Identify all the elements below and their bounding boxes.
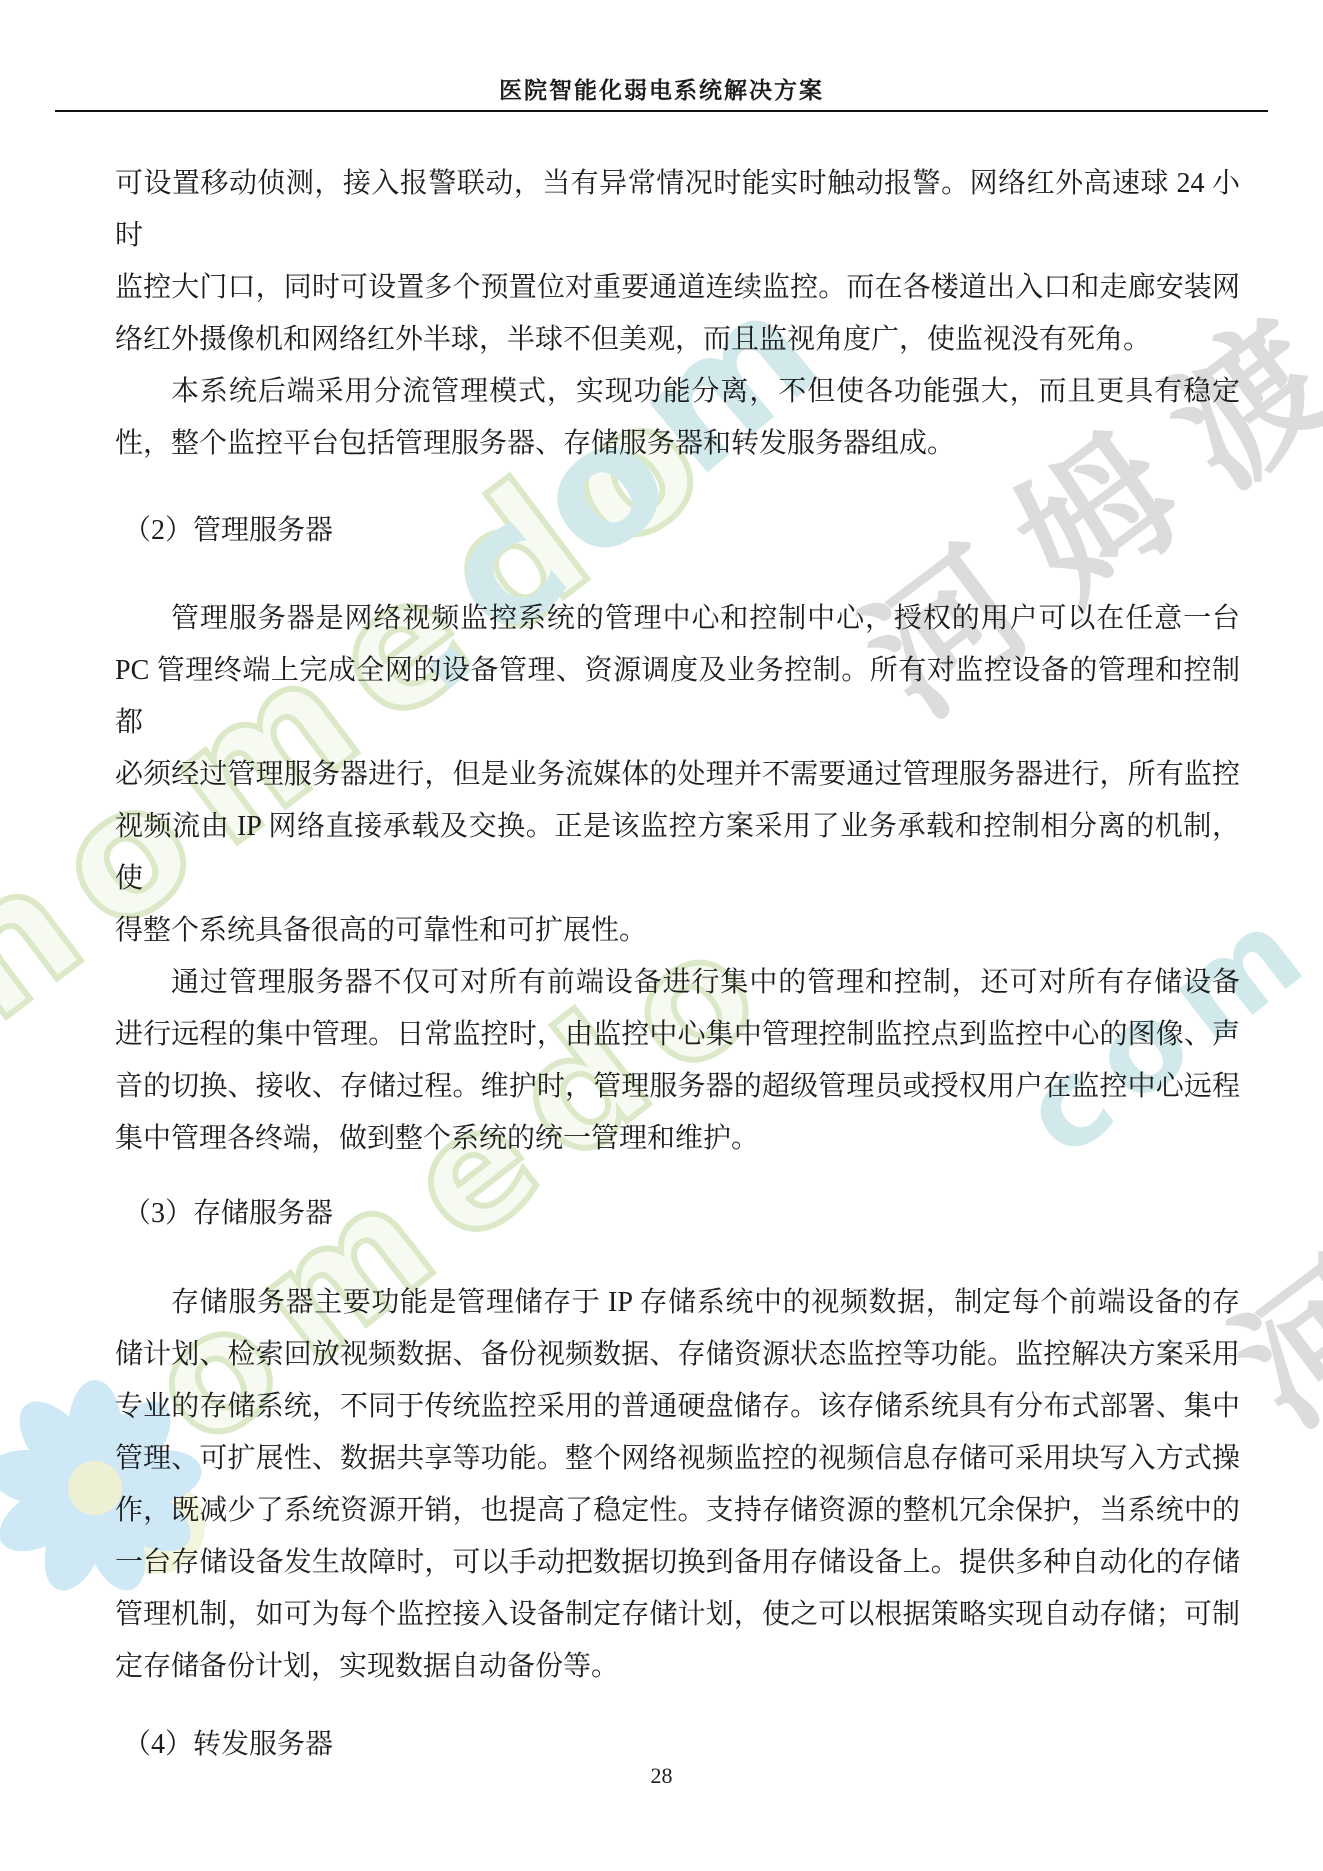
text-line: 定存储备份计划，实现数据自动备份等。 (115, 1641, 1240, 1693)
document-body: 可设置移动侦测，接入报警联动，当有异常情况时能实时触动报警。网络红外高速球 24… (115, 0, 1240, 1771)
text-line: 专业的存储系统，不同于传统监控采用的普通硬盘储存。该存储系统具有分布式部署、集中 (115, 1381, 1240, 1433)
text-line: 存储服务器主要功能是管理储存于 IP 存储系统中的视频数据，制定每个前端设备的存 (115, 1277, 1240, 1329)
text-line: PC 管理终端上完成全网的设备管理、资源调度及业务控制。所有对监控设备的管理和控… (115, 645, 1240, 749)
text-line: 管理机制，如可为每个监控接入设备制定存储计划，使之可以根据策略实现自动存储；可制 (115, 1589, 1240, 1641)
text-line: 本系统后端采用分流管理模式，实现功能分离，不但使各功能强大，而且更具有稳定 (115, 366, 1240, 418)
text-line: 可设置移动侦测，接入报警联动，当有异常情况时能实时触动报警。网络红外高速球 24… (115, 158, 1240, 262)
text-line: 监控大门口，同时可设置多个预置位对重要通道连续监控。而在各楼道出入口和走廊安装网 (115, 262, 1240, 314)
section-heading: （2）管理服务器 (115, 505, 1240, 557)
text-line: 性，整个监控平台包括管理服务器、存储服务器和转发服务器组成。 (115, 418, 1240, 470)
text-line: 通过管理服务器不仅可对所有前端设备进行集中的管理和控制，还可对所有存储设备 (115, 957, 1240, 1009)
text-line: 得整个系统具备很高的可靠性和可扩展性。 (115, 905, 1240, 957)
text-line: 管理、可扩展性、数据共享等功能。整个网络视频监控的视频信息存储可采用块写入方式操 (115, 1433, 1240, 1485)
text-line: 音的切换、接收、存储过程。维护时，管理服务器的超级管理员或授权用户在监控中心远程 (115, 1061, 1240, 1113)
text-line: 必须经过管理服务器进行，但是业务流媒体的处理并不需要通过管理服务器进行，所有监控 (115, 749, 1240, 801)
paragraph: 可设置移动侦测，接入报警联动，当有异常情况时能实时触动报警。网络红外高速球 24… (115, 158, 1240, 366)
text-line: 储计划、检索回放视频数据、备份视频数据、存储资源状态监控等功能。监控解决方案采用 (115, 1329, 1240, 1381)
text-line: 进行远程的集中管理。日常监控时，由监控中心集中管理控制监控点到监控中心的图像、声 (115, 1009, 1240, 1061)
text-line: 一台存储设备发生故障时，可以手动把数据切换到备用存储设备上。提供多种自动化的存储 (115, 1537, 1240, 1589)
text-line: 络红外摄像机和网络红外半球，半球不但美观，而且监视角度广，使监视没有死角。 (115, 314, 1240, 366)
document-page: homedo .com 河姆渡 homedo com 河 医院智能化弱电系统解决… (0, 0, 1323, 1871)
text-line: 作，既减少了系统资源开销，也提高了稳定性。支持存储资源的整机冗余保护，当系统中的 (115, 1485, 1240, 1537)
paragraph: 存储服务器主要功能是管理储存于 IP 存储系统中的视频数据，制定每个前端设备的存… (115, 1277, 1240, 1693)
paragraph: 通过管理服务器不仅可对所有前端设备进行集中的管理和控制，还可对所有存储设备进行远… (115, 957, 1240, 1165)
text-line: 集中管理各终端，做到整个系统的统一管理和维护。 (115, 1113, 1240, 1165)
section-heading: （3）存储服务器 (115, 1188, 1240, 1240)
paragraph: 管理服务器是网络视频监控系统的管理中心和控制中心，授权的用户可以在任意一台PC … (115, 593, 1240, 957)
text-line: 视频流由 IP 网络直接承载及交换。正是该监控方案采用了业务承载和控制相分离的机… (115, 801, 1240, 905)
text-line: 管理服务器是网络视频监控系统的管理中心和控制中心，授权的用户可以在任意一台 (115, 593, 1240, 645)
page-number: 28 (0, 1763, 1323, 1789)
paragraph: 本系统后端采用分流管理模式，实现功能分离，不但使各功能强大，而且更具有稳定性，整… (115, 366, 1240, 470)
